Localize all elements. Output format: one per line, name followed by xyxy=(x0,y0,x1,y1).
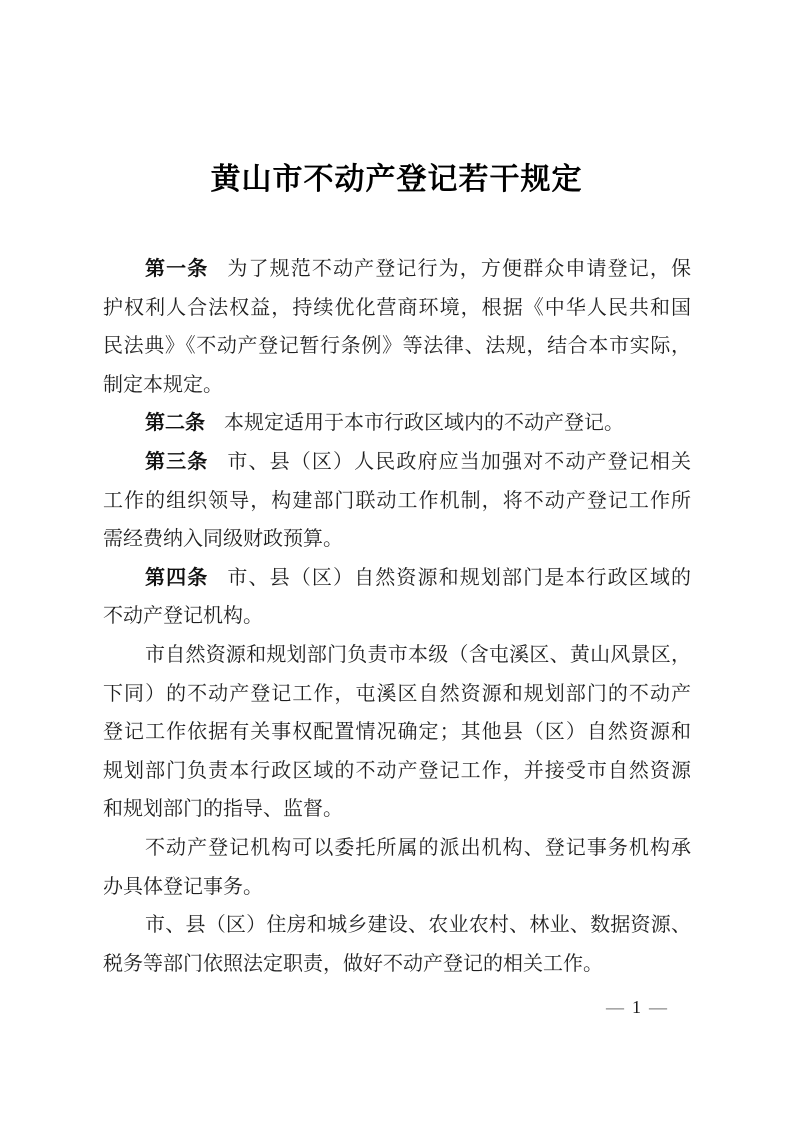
article-number: 第四条 xyxy=(145,567,208,589)
text-line: 护权利人合法权益，持续优化营商环境，根据《中华人民共和国 xyxy=(103,289,691,328)
line-text: 下同）的不动产登记工作，屯溪区自然资源和规划部门的不动产 xyxy=(103,683,691,705)
page-number-left-dash: — xyxy=(606,996,624,1018)
document-body: 第一条为了规范不动产登记行为，方便群众申请登记，保 护权利人合法权益，持续优化营… xyxy=(103,250,691,983)
text-line: 不动产登记机构。 xyxy=(103,597,691,636)
article-number: 第一条 xyxy=(145,258,208,280)
text-line: 不动产登记机构可以委托所属的派出机构、登记事务机构承 xyxy=(103,829,691,868)
line-text: 不动产登记机构可以委托所属的派出机构、登记事务机构承 xyxy=(145,837,691,859)
text-line: 第三条市、县（区）人民政府应当加强对不动产登记相关 xyxy=(103,443,691,482)
line-text: 不动产登记机构。 xyxy=(103,605,263,627)
page-number-right-dash: — xyxy=(649,996,667,1018)
text-line: 办具体登记事务。 xyxy=(103,868,691,907)
line-text: 市、县（区）自然资源和规划部门是本行政区域的 xyxy=(227,567,691,589)
line-text: 和规划部门的指导、监督。 xyxy=(103,798,343,820)
line-text: 规划部门负责本行政区域的不动产登记工作，并接受市自然资源 xyxy=(103,760,691,782)
text-line: 需经费纳入同级财政预算。 xyxy=(103,520,691,559)
line-text: 需经费纳入同级财政预算。 xyxy=(103,528,343,550)
line-text: 市、县（区）住房和城乡建设、农业农村、林业、数据资源、 xyxy=(145,914,691,936)
line-text: 办具体登记事务。 xyxy=(103,876,263,898)
text-line: 第四条市、县（区）自然资源和规划部门是本行政区域的 xyxy=(103,559,691,598)
document-page: 黄山市不动产登记若干规定 第一条为了规范不动产登记行为，方便群众申请登记，保 护… xyxy=(0,0,793,1122)
text-line: 市、县（区）住房和城乡建设、农业农村、林业、数据资源、 xyxy=(103,906,691,945)
text-line: 制定本规定。 xyxy=(103,366,691,405)
text-line: 工作的组织领导，构建部门联动工作机制，将不动产登记工作所 xyxy=(103,482,691,521)
line-text: 税务等部门依照法定职责，做好不动产登记的相关工作。 xyxy=(103,953,603,975)
line-text: 民法典》《不动产登记暂行条例》等法律、法规，结合本市实际， xyxy=(103,335,691,357)
text-line: 下同）的不动产登记工作，屯溪区自然资源和规划部门的不动产 xyxy=(103,675,691,714)
line-text: 市自然资源和规划部门负责市本级（含屯溪区、黄山风景区， xyxy=(145,644,691,666)
text-line: 市自然资源和规划部门负责市本级（含屯溪区、黄山风景区， xyxy=(103,636,691,675)
text-line: 第一条为了规范不动产登记行为，方便群众申请登记，保 xyxy=(103,250,691,289)
text-line: 第二条本规定适用于本市行政区域内的不动产登记。 xyxy=(103,404,691,443)
text-line: 税务等部门依照法定职责，做好不动产登记的相关工作。 xyxy=(103,945,691,984)
text-line: 登记工作依据有关事权配置情况确定；其他县（区）自然资源和 xyxy=(103,713,691,752)
line-text: 市、县（区）人民政府应当加强对不动产登记相关 xyxy=(227,451,691,473)
line-text: 登记工作依据有关事权配置情况确定；其他县（区）自然资源和 xyxy=(103,721,691,743)
line-text: 本规定适用于本市行政区域内的不动产登记。 xyxy=(224,412,624,434)
text-line: 民法典》《不动产登记暂行条例》等法律、法规，结合本市实际， xyxy=(103,327,691,366)
page-number: — 1 — xyxy=(606,996,667,1018)
document-title: 黄山市不动产登记若干规定 xyxy=(0,162,793,198)
line-text: 为了规范不动产登记行为，方便群众申请登记，保 xyxy=(227,258,691,280)
text-line: 规划部门负责本行政区域的不动产登记工作，并接受市自然资源 xyxy=(103,752,691,791)
article-number: 第三条 xyxy=(145,451,208,473)
line-text: 制定本规定。 xyxy=(103,374,223,396)
line-text: 工作的组织领导，构建部门联动工作机制，将不动产登记工作所 xyxy=(103,490,691,512)
line-text: 护权利人合法权益，持续优化营商环境，根据《中华人民共和国 xyxy=(103,297,691,319)
article-number: 第二条 xyxy=(145,412,205,434)
text-line: 和规划部门的指导、监督。 xyxy=(103,790,691,829)
page-number-value: 1 xyxy=(632,996,641,1018)
